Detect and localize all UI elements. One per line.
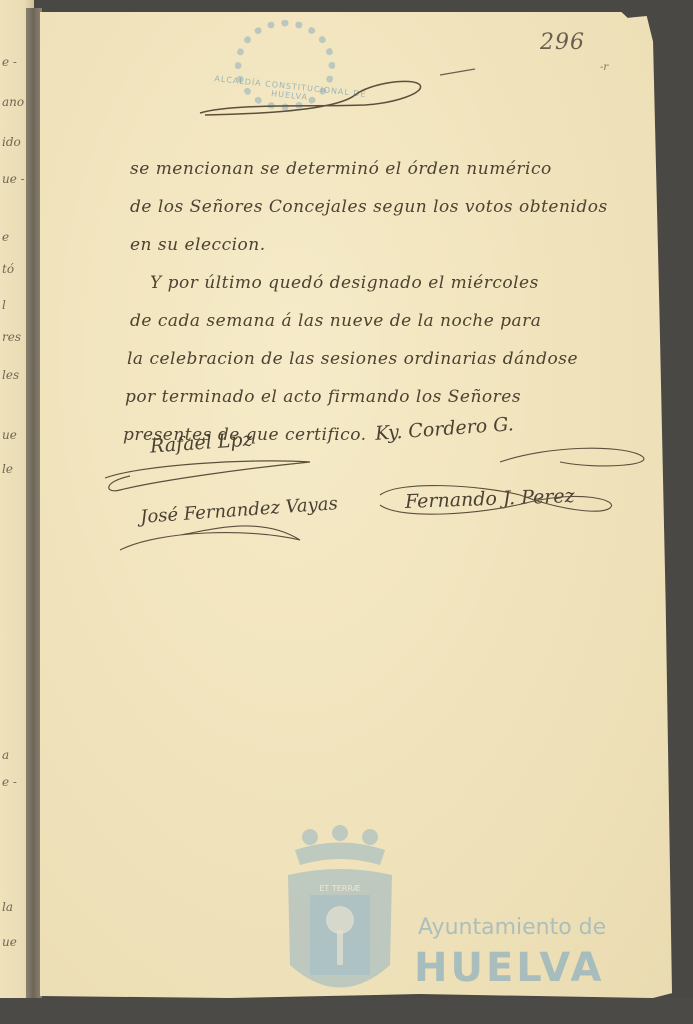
watermark-line2: HUELVA xyxy=(414,945,604,991)
manuscript-line: de cada semana á las nueve de la noche p… xyxy=(85,302,625,340)
signature-flourishes xyxy=(100,440,693,570)
left-page-fragment: a xyxy=(2,748,9,762)
left-page-fragment: ue - xyxy=(2,172,25,186)
left-page-fragment: e xyxy=(2,230,9,244)
folio-number: 296 xyxy=(540,30,585,55)
manuscript-line: se mencionan se determinó el órden numér… xyxy=(85,150,625,188)
scan-background-bottom xyxy=(0,998,693,1024)
manuscript-line: de los Señores Concejales segun los voto… xyxy=(85,188,625,226)
header-flourish xyxy=(195,75,435,125)
left-page-fragment: e - xyxy=(2,55,17,69)
left-page-fragment: la xyxy=(2,900,13,914)
left-page-fragment: ue xyxy=(2,935,17,949)
manuscript-body: se mencionan se determinó el órden numér… xyxy=(85,150,625,454)
left-page-fragment: e - xyxy=(2,775,17,789)
book-gutter xyxy=(26,8,42,1000)
left-page-fragment: ano xyxy=(2,95,24,109)
left-page-fragment: les xyxy=(2,368,19,382)
left-page-fragment: le xyxy=(2,462,13,476)
manuscript-line: Y por último quedó designado el miércole… xyxy=(85,264,625,302)
huelva-coat-of-arms-watermark: ET TERRÆ xyxy=(280,825,400,1005)
left-page-fragment: ido xyxy=(2,135,21,149)
folio-mark: -r xyxy=(600,62,608,73)
watermark-line1: Ayuntamiento de xyxy=(418,915,606,940)
manuscript-line: por terminado el acto firmando los Señor… xyxy=(85,378,625,416)
shield-motto-top: ET TERRÆ xyxy=(319,884,361,893)
left-page-fragment: ue xyxy=(2,428,17,442)
manuscript-line: en su eleccion. xyxy=(85,226,625,264)
left-page-fragment: tó xyxy=(2,262,14,276)
manuscript-line: la celebracion de las sesiones ordinaria… xyxy=(85,340,625,378)
left-page-fragment: l xyxy=(2,298,6,312)
left-page-fragment: res xyxy=(2,330,21,344)
